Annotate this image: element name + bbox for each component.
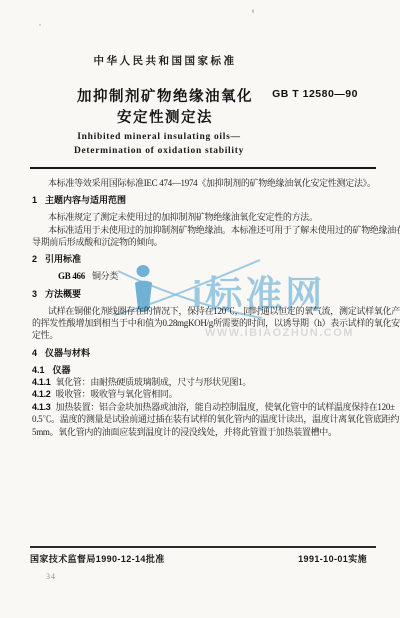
section-heading: 3方法概要 (32, 288, 392, 300)
standard-number: GB T 12580—90 (272, 88, 358, 100)
line-text: 定性。 (32, 330, 58, 340)
text-line: 定性。 (32, 329, 392, 341)
line-text: 仪器与材料 (45, 348, 90, 358)
section-number: 1 (32, 195, 37, 205)
text-line: 4.1.3加热装置：铝合金块加热器或油浴，能自动控制温度，使氧化管中的试样温度保… (32, 401, 392, 413)
line-text: 方法概要 (45, 289, 81, 299)
text-line: GB 466铜分类 (32, 270, 392, 282)
page-number: 34 (46, 572, 56, 581)
section-heading: 4仪器与材料 (32, 347, 392, 359)
title-en-line-2: Determination of oxidation stability (30, 145, 288, 159)
line-text: 加热装置：铝合金块加热器或油浴，能自动控制温度，使氧化管中的试样温度保持在120… (56, 402, 395, 412)
header-divider (30, 167, 376, 169)
title-line-1: 加抑制剂矿物绝缘油氧化 (30, 87, 300, 108)
text-line: 4.1.2吸收管：吸收管与氧化管相同。 (32, 388, 392, 400)
line-text: 0.5℃。温度的测量是试验前通过插在装有试样的氧化管内的温度计读出，温度计离氧化… (32, 414, 399, 424)
line-text: 铜分类 (92, 271, 118, 281)
line-text: 导期前后形成酸和沉淀物的倾向。 (32, 237, 163, 247)
line-text: 试样在铜催化剂线圈存在的情况下，保持在120℃，同时通以恒定的氧气流，测定试样氧… (48, 306, 400, 316)
document-title-en: Inhibited mineral insulating oils— Deter… (30, 131, 288, 158)
section-heading: 1主题内容与适用范围 (32, 194, 392, 206)
implementation-note: 1991-10-01实施 (298, 552, 367, 565)
section-heading: 2引用标准 (32, 253, 392, 265)
title-en-line-1: Inhibited mineral insulating oils— (30, 131, 288, 145)
line-text: 5mm。氧化管内的油面应装到温度计的浸没线处，并将此管置于加热装置槽中。 (32, 427, 337, 437)
body-text: 本标准等效采用国际标准IEC 474—1974《加抑制剂的矿物绝缘油氧化安定性测… (32, 177, 392, 438)
section-number: 4.1.3 (32, 402, 51, 412)
section-number: 3 (32, 289, 37, 299)
scan-speck (39, 24, 41, 26)
standard-kicker: 中华人民共和国国家标准 (30, 53, 300, 68)
text-line: 4.1.1氧化管：由耐热硬质玻璃制成，尺寸与形状见图1。 (32, 376, 392, 388)
line-text: 本标准适用于未使用过的加抑制剂矿物绝缘油。本标准还可用于了解未使用过的矿物绝缘油… (48, 225, 400, 235)
text-line: 本标准适用于未使用过的加抑制剂矿物绝缘油。本标准还可用于了解未使用过的矿物绝缘油… (32, 224, 392, 236)
line-text: 的挥发性酸增加到相当于中和值为0.28mgKOH/g所需要的时间，以诱导期（h）… (32, 318, 400, 328)
text-line: 的挥发性酸增加到相当于中和值为0.28mgKOH/g所需要的时间，以诱导期（h）… (32, 317, 392, 329)
line-text: 吸收管：吸收管与氧化管相同。 (56, 389, 178, 399)
document-title-cn: 加抑制剂矿物绝缘油氧化 安定性测定法 (30, 87, 300, 129)
scan-speck (252, 9, 254, 13)
line-text: 本标准等效采用国际标准IEC 474—1974《加抑制剂的矿物绝缘油氧化安定性测… (48, 178, 376, 188)
section-number: 4 (32, 348, 37, 358)
text-line: 5mm。氧化管内的油面应装到温度计的浸没线处，并将此管置于加热装置槽中。 (32, 426, 392, 438)
line-text: 仪器 (53, 365, 71, 375)
section-number: GB 466 (58, 271, 85, 281)
text-line: 试样在铜催化剂线圈存在的情况下，保持在120℃，同时通以恒定的氧气流，测定试样氧… (32, 305, 392, 317)
line-text: 主题内容与适用范围 (45, 195, 126, 205)
text-line: 导期前后形成酸和沉淀物的倾向。 (32, 236, 392, 248)
approval-note: 国家技术监督局1990-12-14批准 (30, 552, 165, 565)
text-line: 0.5℃。温度的测量是试验前通过插在装有试样的氧化管内的温度计读出，温度计离氧化… (32, 413, 392, 425)
title-line-2: 安定性测定法 (30, 108, 300, 129)
text-line: 本标准等效采用国际标准IEC 474—1974《加抑制剂的矿物绝缘油氧化安定性测… (32, 177, 392, 189)
line-text: 氧化管：由耐热硬质玻璃制成，尺寸与形状见图1。 (56, 377, 252, 387)
section-number: 4.1 (32, 365, 45, 375)
line-text: 引用标准 (45, 254, 81, 264)
footer-divider (30, 546, 376, 548)
document-page: 中华人民共和国国家标准 加抑制剂矿物绝缘油氧化 安定性测定法 GB T 1258… (0, 0, 400, 618)
section-number: 2 (32, 254, 37, 264)
section-number: 4.1.2 (32, 389, 51, 399)
line-text: 本标准规定了测定未使用过的加抑制剂矿物绝缘油氧化安定性的方法。 (48, 212, 318, 222)
section-number: 4.1.1 (32, 377, 51, 387)
text-line: 本标准规定了测定未使用过的加抑制剂矿物绝缘油氧化安定性的方法。 (32, 211, 392, 223)
section-heading: 4.1仪器 (32, 364, 392, 376)
